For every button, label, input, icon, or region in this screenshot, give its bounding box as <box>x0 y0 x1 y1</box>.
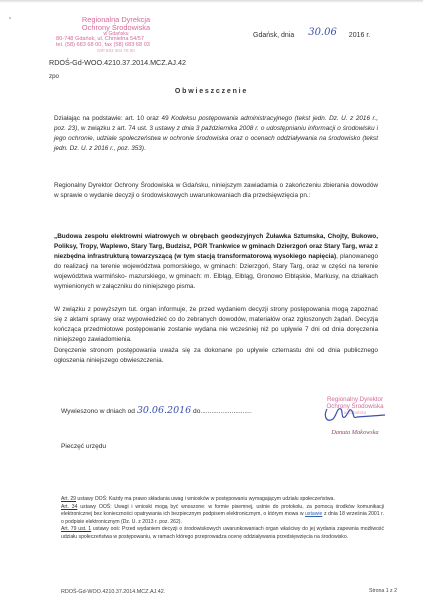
posting-dates: Wywieszono w dniach od 30.06.2016 do....… <box>61 405 252 416</box>
legal-basis-paragraph: Działając na podstawie: art. 10 oraz 49 … <box>54 114 378 154</box>
office-stamp: Regionalna Dyrekcja Ochrony Środowiska w… <box>56 16 176 53</box>
seal-label: Pieczęć urzędu <box>61 443 106 450</box>
footnote-art-29: Art. 29 ustawy OOŚ: Każdy ma prawo skład… <box>61 496 384 504</box>
p1-text-c: , w związku z art. 74 ust. 3 <box>77 125 155 132</box>
scan-speck <box>9 17 11 19</box>
posting-suffix: do............................ <box>191 408 251 415</box>
p1-text-e: . <box>144 145 146 152</box>
footnotes: Art. 29 ustawy OOŚ: Każdy ma prawo skład… <box>61 496 384 542</box>
footnote-art-79: Art. 79 ust. 1 ustawy ooś: Przed wydanie… <box>61 526 384 541</box>
scan-edge <box>0 0 423 3</box>
footnote-ref: Art. 29 <box>61 496 76 502</box>
footnote-ref: Art. 79 ust. 1 <box>61 526 91 532</box>
case-reference: RDOŚ-Gd-WOO.4210.37.2014.MCZ.AJ.42 <box>49 58 186 67</box>
page-number: Strona 1 z 2 <box>369 588 397 594</box>
signatory-name: Danuta Makowska <box>305 430 405 437</box>
delivery-paragraph: Doręczenie stronom postępowania uważa si… <box>54 346 378 366</box>
initials: zpo <box>49 73 59 80</box>
footnote-art-34: Art. 34 ustawy OOŚ: Uwagi i wnioski mogą… <box>61 504 384 527</box>
stamp-nip: NIP 583 304 78 50 <box>56 49 176 54</box>
signature-block: Regionalny Dyrektor Ochrony Środowiska w… <box>305 397 405 436</box>
posting-date-handwritten: 30.06.2016 <box>137 405 191 416</box>
date-handwritten: 30.06 <box>308 27 337 38</box>
footnote-ref: Art. 34 <box>61 504 77 510</box>
information-paragraph: W związku z powyższym tut. organ informu… <box>54 305 378 345</box>
posting-prefix: Wywieszono w dniach od <box>61 408 137 415</box>
notification-paragraph: Regionalny Dyrektor Ochrony Środowiska w… <box>54 181 378 201</box>
date-suffix: 2016 r. <box>349 32 370 39</box>
ustawa-link[interactable]: ustawie <box>305 511 322 517</box>
date-prefix: Gdańsk, dnia <box>253 32 294 39</box>
project-paragraph: „Budowa zespołu elektrowni wiatrowych w … <box>54 232 378 293</box>
handwritten-signature-icon <box>321 403 391 425</box>
project-name: „Budowa zespołu elektrowni wiatrowych w … <box>54 233 378 260</box>
footer-reference: RDOŚ-Gd-WOO.4210.37.2014.MCZ.AJ.42. <box>61 589 165 595</box>
document-date: Gdańsk, dnia 30.06 2016 r. <box>253 29 370 40</box>
document-title: Obwieszczenie <box>0 88 423 95</box>
p1-text-a: Działając na podstawie: art. 10 oraz 49 <box>54 115 171 122</box>
footnote-text: ustawy ooś: Przed wydaniem decyzji o śro… <box>61 526 384 540</box>
footnote-text: ustawy OOŚ: Każdy ma prawo składania uwa… <box>76 496 335 502</box>
